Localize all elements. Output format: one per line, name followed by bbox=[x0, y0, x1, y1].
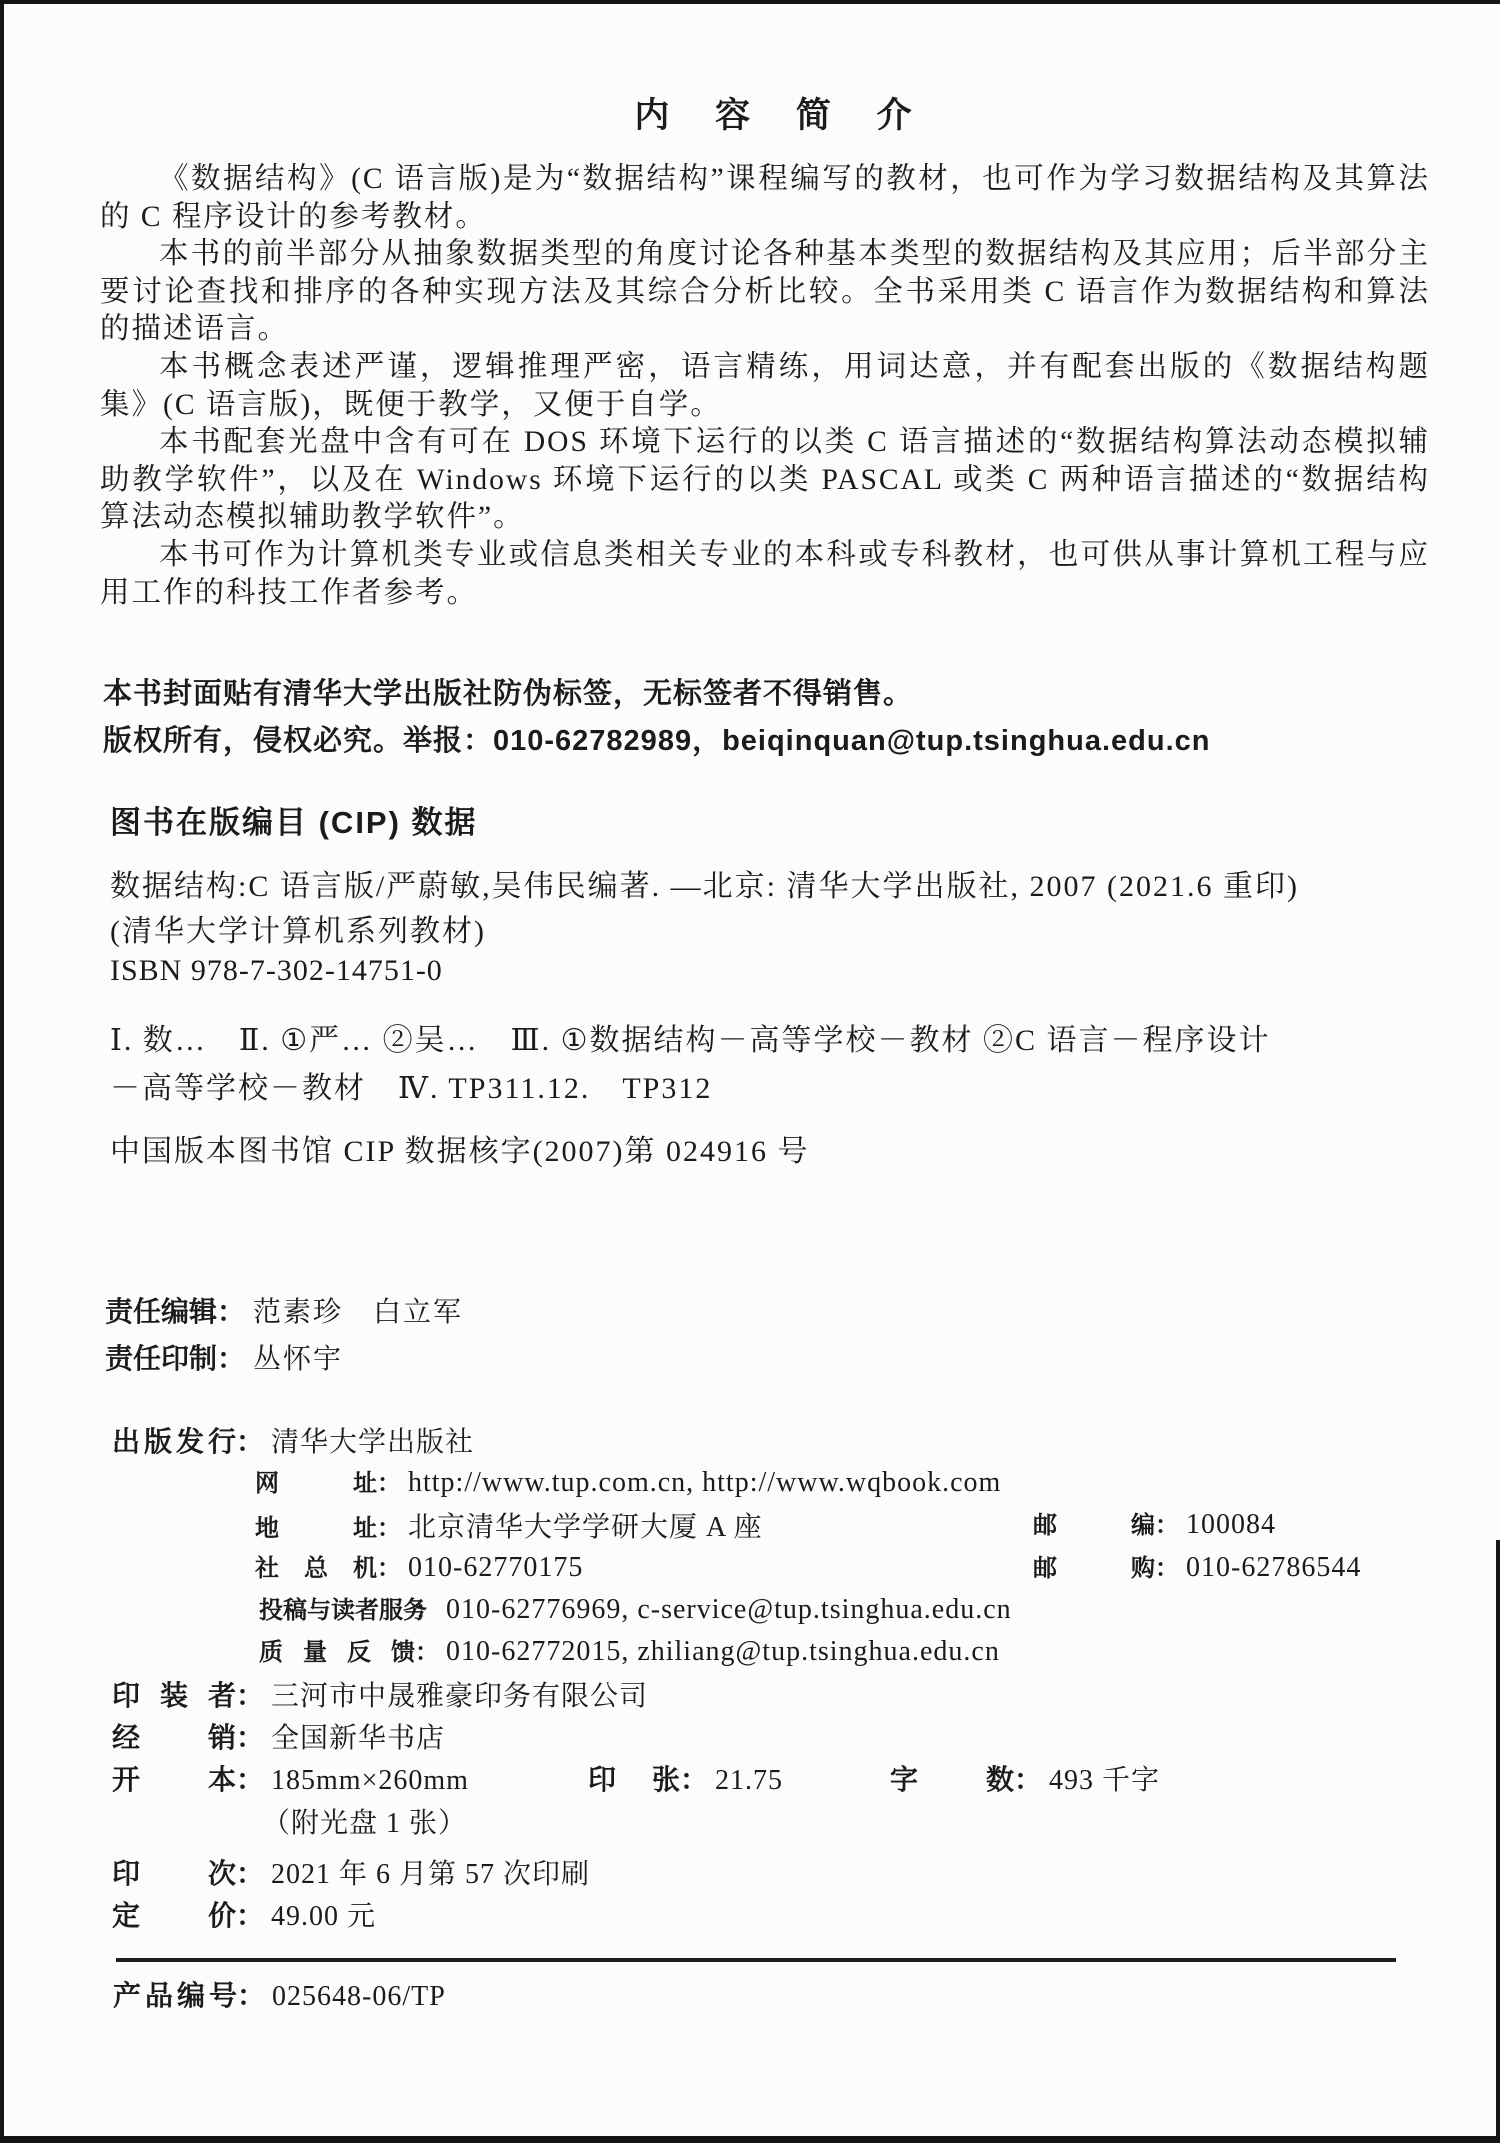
binder-value: 三河市中晟雅豪印务有限公司 bbox=[271, 1674, 648, 1714]
publisher-value: 清华大学出版社 bbox=[271, 1420, 474, 1460]
mailorder-value: 010-62786544 bbox=[1186, 1552, 1361, 1584]
binder-row: 印装者： 三河市中晟雅豪印务有限公司 bbox=[112, 1674, 648, 1714]
switchboard-value: 010-62770175 bbox=[408, 1552, 583, 1584]
responsible-editor-names: 范素珍 白立军 bbox=[253, 1290, 463, 1330]
intro-paragraph-2: 本书的前半部分从抽象数据类型的角度讨论各种基本类型的数据结构及其应用；后半部分主… bbox=[100, 236, 1430, 349]
publisher-label: 出版发行 bbox=[112, 1420, 236, 1460]
product-number-value: 025648-06/TP bbox=[272, 1981, 446, 2013]
colon: ： bbox=[236, 1420, 264, 1460]
colon: ： bbox=[1155, 1505, 1179, 1540]
cip-series-line: (清华大学计算机系列教材) bbox=[110, 906, 486, 950]
intro-paragraph-3: 本书概念表述严谨，逻辑推理严密，语言精练，用词达意，并有配套出版的《数据结构题集… bbox=[100, 349, 1430, 424]
wordcount-col: 字数： 493 千字 bbox=[890, 1758, 1160, 1798]
intro-paragraph-5: 本书可作为计算机类专业或信息类相关专业的本科或专科教材，也可供从事计算机工程与应… bbox=[100, 537, 1430, 612]
website-label: 网址 bbox=[255, 1463, 377, 1498]
colon: ： bbox=[680, 1758, 708, 1798]
switchboard-row: 社总机： 010-62770175 邮购： 010-62786544 bbox=[255, 1548, 583, 1584]
wordcount-value: 493 千字 bbox=[1049, 1758, 1160, 1798]
format-value: 185mm×260mm bbox=[271, 1765, 469, 1797]
product-number-label: 产品编号 bbox=[113, 1974, 237, 2014]
colon: ： bbox=[236, 1674, 264, 1714]
sheets-label: 印张 bbox=[588, 1758, 680, 1798]
distributor-value: 全国新华书店 bbox=[271, 1716, 445, 1756]
cip-classification-line1: Ⅰ. 数… Ⅱ. ①严… ②吴… Ⅲ. ①数据结构－高等学校－教材 ②C 语言－… bbox=[110, 1015, 1270, 1059]
switchboard-label: 社总机 bbox=[255, 1548, 377, 1583]
quality-feedback-value: 010-62772015, zhiliang@tup.tsinghua.edu.… bbox=[446, 1636, 1000, 1668]
quality-feedback-row: 质量反馈： 010-62772015, zhiliang@tup.tsinghu… bbox=[259, 1632, 1000, 1668]
binder-label: 印装者 bbox=[112, 1674, 236, 1714]
mailorder-col: 邮购： 010-62786544 bbox=[1033, 1548, 1361, 1584]
intro-paragraphs: 《数据结构》(C 语言版)是为“数据结构”课程编写的教材，也可作为学习数据结构及… bbox=[100, 161, 1430, 612]
colon: ： bbox=[415, 1632, 439, 1667]
footer-divider bbox=[116, 1958, 1396, 1962]
format-row: 开本： 185mm×260mm 印张： 21.75 字数： 493 千字 bbox=[112, 1758, 469, 1798]
responsible-printer-row: 责任印制： 丛怀宇 bbox=[105, 1337, 343, 1377]
format-note: （附光盘 1 张） bbox=[262, 1801, 467, 1841]
address-row: 地址： 北京清华大学学研大厦 A 座 邮编： 100084 bbox=[255, 1505, 763, 1545]
colon: ： bbox=[415, 1590, 439, 1625]
impression-value: 2021 年 6 月第 57 次印刷 bbox=[271, 1852, 590, 1892]
sheets-col: 印张： 21.75 bbox=[588, 1758, 783, 1798]
format-label: 开本 bbox=[112, 1758, 236, 1798]
zipcode-value: 100084 bbox=[1186, 1509, 1276, 1541]
page-title: 内 容 简 介 bbox=[117, 88, 1447, 138]
zipcode-col: 邮编： 100084 bbox=[1033, 1505, 1276, 1541]
quality-feedback-label: 质量反馈 bbox=[259, 1632, 415, 1667]
responsible-editor-row: 责任编辑： 范素珍 白立军 bbox=[105, 1290, 463, 1330]
distributor-label: 经销 bbox=[112, 1716, 236, 1756]
colon: ： bbox=[237, 1974, 265, 2014]
cip-record-number: 中国版本图书馆 CIP 数据核字(2007)第 024916 号 bbox=[110, 1126, 810, 1170]
impression-row: 印次： 2021 年 6 月第 57 次印刷 bbox=[112, 1852, 590, 1892]
colon: ： bbox=[377, 1508, 401, 1543]
zipcode-label: 邮编 bbox=[1033, 1505, 1155, 1540]
price-row: 定价： 49.00 元 bbox=[112, 1894, 376, 1934]
colon: ： bbox=[377, 1548, 401, 1583]
price-label: 定价 bbox=[112, 1894, 236, 1934]
website-value: http://www.tup.com.cn, http://www.wqbook… bbox=[408, 1467, 1001, 1499]
address-value: 北京清华大学学研大厦 A 座 bbox=[408, 1505, 763, 1545]
scan-edge-top bbox=[0, 0, 1500, 4]
anti-piracy-notice-line2: 版权所有，侵权必究。举报：010-62782989，beiqinquan@tup… bbox=[103, 718, 1211, 759]
responsible-editor-label: 责任编辑 bbox=[105, 1290, 217, 1330]
intro-paragraph-4: 本书配套光盘中含有可在 DOS 环境下运行的以类 C 语言描述的“数据结构算法动… bbox=[100, 424, 1430, 537]
anti-piracy-notice-line1: 本书封面贴有清华大学出版社防伪标签，无标签者不得销售。 bbox=[103, 671, 913, 712]
price-value: 49.00 元 bbox=[271, 1894, 376, 1934]
mailorder-label: 邮购 bbox=[1033, 1548, 1155, 1583]
scan-edge-right bbox=[1496, 1540, 1500, 2143]
wordcount-label: 字数 bbox=[890, 1758, 1014, 1798]
distributor-row: 经销： 全国新华书店 bbox=[112, 1716, 445, 1756]
cip-header: 图书在版编目 (CIP) 数据 bbox=[110, 797, 478, 842]
website-row: 网址： http://www.tup.com.cn, http://www.wq… bbox=[255, 1463, 1001, 1499]
isbn-line: ISBN 978-7-302-14751-0 bbox=[110, 954, 443, 988]
address-label: 地址 bbox=[255, 1508, 377, 1543]
colon: ： bbox=[236, 1852, 264, 1892]
colon: ： bbox=[236, 1894, 264, 1934]
intro-paragraph-1: 《数据结构》(C 语言版)是为“数据结构”课程编写的教材，也可作为学习数据结构及… bbox=[100, 161, 1430, 236]
reader-service-label: 投稿与读者服务 bbox=[259, 1590, 415, 1625]
copyright-page: 内 容 简 介 《数据结构》(C 语言版)是为“数据结构”课程编写的教材，也可作… bbox=[0, 0, 1500, 2143]
responsible-printer-name: 丛怀宇 bbox=[253, 1337, 343, 1377]
responsible-printer-label: 责任印制 bbox=[105, 1337, 217, 1377]
reader-service-value: 010-62776969, c-service@tup.tsinghua.edu… bbox=[446, 1594, 1012, 1626]
reader-service-row: 投稿与读者服务： 010-62776969, c-service@tup.tsi… bbox=[259, 1590, 1012, 1626]
impression-label: 印次 bbox=[112, 1852, 236, 1892]
colon: ： bbox=[1014, 1758, 1042, 1798]
scan-edge-bottom bbox=[0, 2136, 1500, 2143]
colon: ： bbox=[236, 1716, 264, 1756]
cip-record-line: 数据结构:C 语言版/严蔚敏,吴伟民编著. —北京: 清华大学出版社, 2007… bbox=[110, 861, 1299, 905]
colon: ： bbox=[236, 1758, 264, 1798]
sheets-value: 21.75 bbox=[715, 1765, 783, 1797]
colon: ： bbox=[1155, 1548, 1179, 1583]
colon: ： bbox=[377, 1463, 401, 1498]
cip-classification-line2: －高等学校－教材 Ⅳ. TP311.12. TP312 bbox=[110, 1063, 712, 1107]
colon: ： bbox=[217, 1337, 245, 1377]
product-number-row: 产品编号： 025648-06/TP bbox=[113, 1974, 446, 2014]
publisher-row: 出版发行： 清华大学出版社 bbox=[112, 1420, 474, 1460]
colon: ： bbox=[217, 1290, 245, 1330]
scan-edge-left bbox=[0, 0, 4, 2143]
